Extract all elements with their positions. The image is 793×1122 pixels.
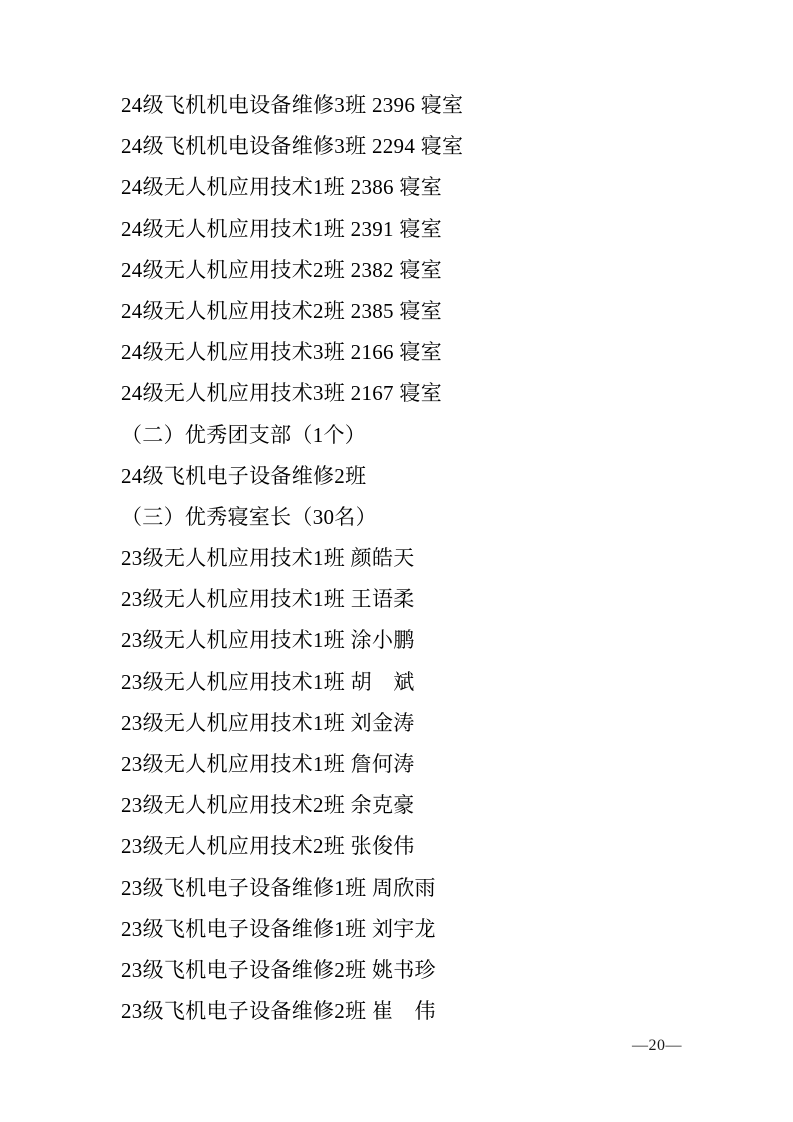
- award-line: 24级无人机应用技术1班 2391 寝室: [121, 209, 681, 250]
- award-line: 23级无人机应用技术1班 王语柔: [121, 579, 681, 620]
- award-line: 24级无人机应用技术2班 2385 寝室: [121, 291, 681, 332]
- award-line: 24级飞机机电设备维修3班 2396 寝室: [121, 85, 681, 126]
- award-line: 23级飞机电子设备维修2班 姚书珍: [121, 950, 681, 991]
- award-line: 24级无人机应用技术2班 2382 寝室: [121, 250, 681, 291]
- award-line: 23级无人机应用技术2班 余克豪: [121, 785, 681, 826]
- award-line: 24级无人机应用技术3班 2166 寝室: [121, 332, 681, 373]
- document-page: 24级飞机机电设备维修3班 2396 寝室 24级飞机机电设备维修3班 2294…: [0, 0, 793, 1122]
- award-list: 24级飞机机电设备维修3班 2396 寝室 24级飞机机电设备维修3班 2294…: [121, 85, 681, 1032]
- award-line: 24级飞机机电设备维修3班 2294 寝室: [121, 126, 681, 167]
- award-line: 23级无人机应用技术1班 刘金涛: [121, 703, 681, 744]
- award-line: 23级飞机电子设备维修1班 周欣雨: [121, 868, 681, 909]
- award-line: 23级无人机应用技术2班 张俊伟: [121, 826, 681, 867]
- award-line: 23级无人机应用技术1班 胡 斌: [121, 662, 681, 703]
- section-heading-excellent-dorm-leader: （三）优秀寝室长（30名）: [121, 497, 681, 538]
- award-line: 23级飞机电子设备维修2班 崔 伟: [121, 991, 681, 1032]
- award-line: 23级无人机应用技术1班 詹何涛: [121, 744, 681, 785]
- award-line: 24级飞机电子设备维修2班: [121, 456, 681, 497]
- award-line: 23级无人机应用技术1班 颜皓天: [121, 538, 681, 579]
- award-line: 23级飞机电子设备维修1班 刘宇龙: [121, 909, 681, 950]
- page-number: —20—: [632, 1036, 682, 1056]
- section-heading-excellent-league-branch: （二）优秀团支部（1个）: [121, 415, 681, 456]
- award-line: 23级无人机应用技术1班 涂小鹏: [121, 620, 681, 661]
- award-line: 24级无人机应用技术3班 2167 寝室: [121, 373, 681, 414]
- award-line: 24级无人机应用技术1班 2386 寝室: [121, 167, 681, 208]
